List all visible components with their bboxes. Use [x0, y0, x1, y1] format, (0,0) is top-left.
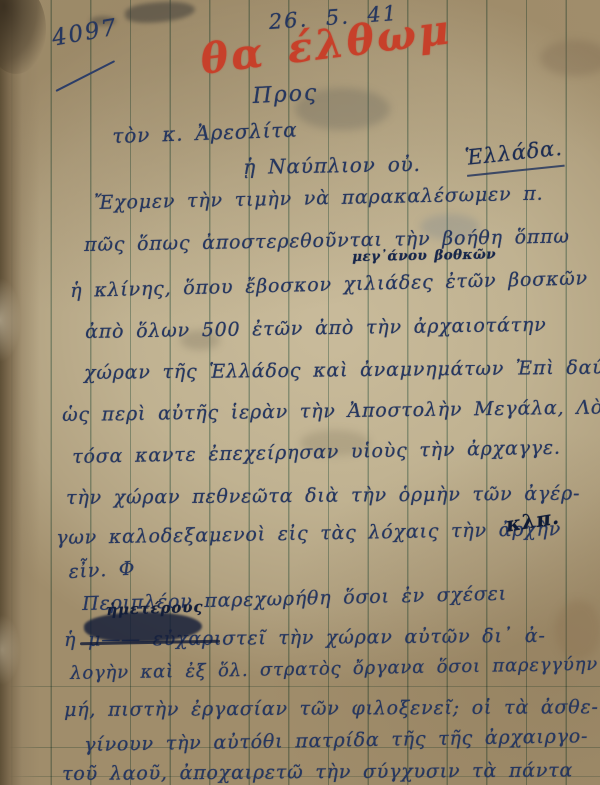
addressee-city: ᾑ Ναύπλιον οὐ.	[243, 152, 421, 179]
handwritten-line-10: εἶν. Φ	[68, 558, 136, 583]
correction-word: ἡμετέρους	[106, 598, 204, 619]
handwritten-line-7: τόσα καντε ἐπεχείρησαν υἱοὺς τὴν ἀρχαγγε…	[72, 437, 561, 468]
handwritten-line-4: ἀπὸ ὅλων 500 ἐτῶν ἀπὸ τὴν ἀρχαιοτάτην	[85, 314, 547, 343]
handwritten-line-9: γων καλοδεξαμενοὶ εἰς τὰς λόχαις τὴν ἀρχ…	[56, 518, 561, 549]
handwritten-line-16: τοῦ λαοῦ, ἀποχαιρετῶ τὴν σύγχυσιν τὰ πάν…	[62, 759, 573, 785]
dark-corner-stain	[0, 0, 46, 74]
archive-number-underline	[55, 60, 115, 92]
paper-stain	[540, 40, 600, 76]
binding-edge	[0, 0, 40, 785]
handwritten-line-2: πῶς ὅπως ἀποστερεθοῦνται τὴν βοήθη ὅππω	[84, 226, 570, 256]
handwritten-line-15: γίνουν τὴν αὐτόθι πατρίδα τῆς τῆς ἀρχαιρ…	[84, 725, 588, 756]
pencil-smudge	[124, 0, 196, 26]
addressee-name: τὸν κ. Ἀρεσλίτα	[112, 118, 298, 148]
handwritten-line-1: Ἔχομεν τὴν τιμὴν νὰ παρακαλέσωμεν π.	[94, 183, 544, 214]
handwritten-line-14: μή, πιστὴν ἐργασίαν τῶν φιλοξενεῖ; οἱ τὰ…	[64, 696, 599, 721]
addressee-country-underlined: Ἑλλάδα.	[464, 136, 564, 177]
handwritten-line-6: ὡς περὶ αὐτῆς ἱερὰν τὴν Ἀποστολὴν Μεγάλα…	[62, 396, 600, 426]
handwritten-line-8: τὴν χώραν πεθνεῶτα διὰ τὴν ὁρμὴν τῶν ἀγέ…	[66, 483, 580, 509]
archive-number: 4097	[50, 14, 120, 51]
handwritten-line-13: λογὴν καὶ ἐξ ὅλ. στρατὸς ὄργανα ὅσοι παρ…	[70, 653, 600, 684]
handwritten-line-5: χώραν τῆς Ἑλλάδος καὶ ἀναμνημάτων Ἐπὶ δα…	[84, 356, 600, 384]
handwritten-line-3: ἡ κλίνης, ὅπου ἔβοσκον χιλιάδες ἐτῶν βοσ…	[70, 267, 588, 302]
paper-stain	[555, 600, 600, 660]
scanned-letter-page: 4097 26. 5. 41 θα έλθωμ Προς τὸν κ. Ἀρεσ…	[0, 0, 600, 785]
heading-to: Προς	[252, 81, 319, 109]
grid-line	[0, 686, 600, 687]
